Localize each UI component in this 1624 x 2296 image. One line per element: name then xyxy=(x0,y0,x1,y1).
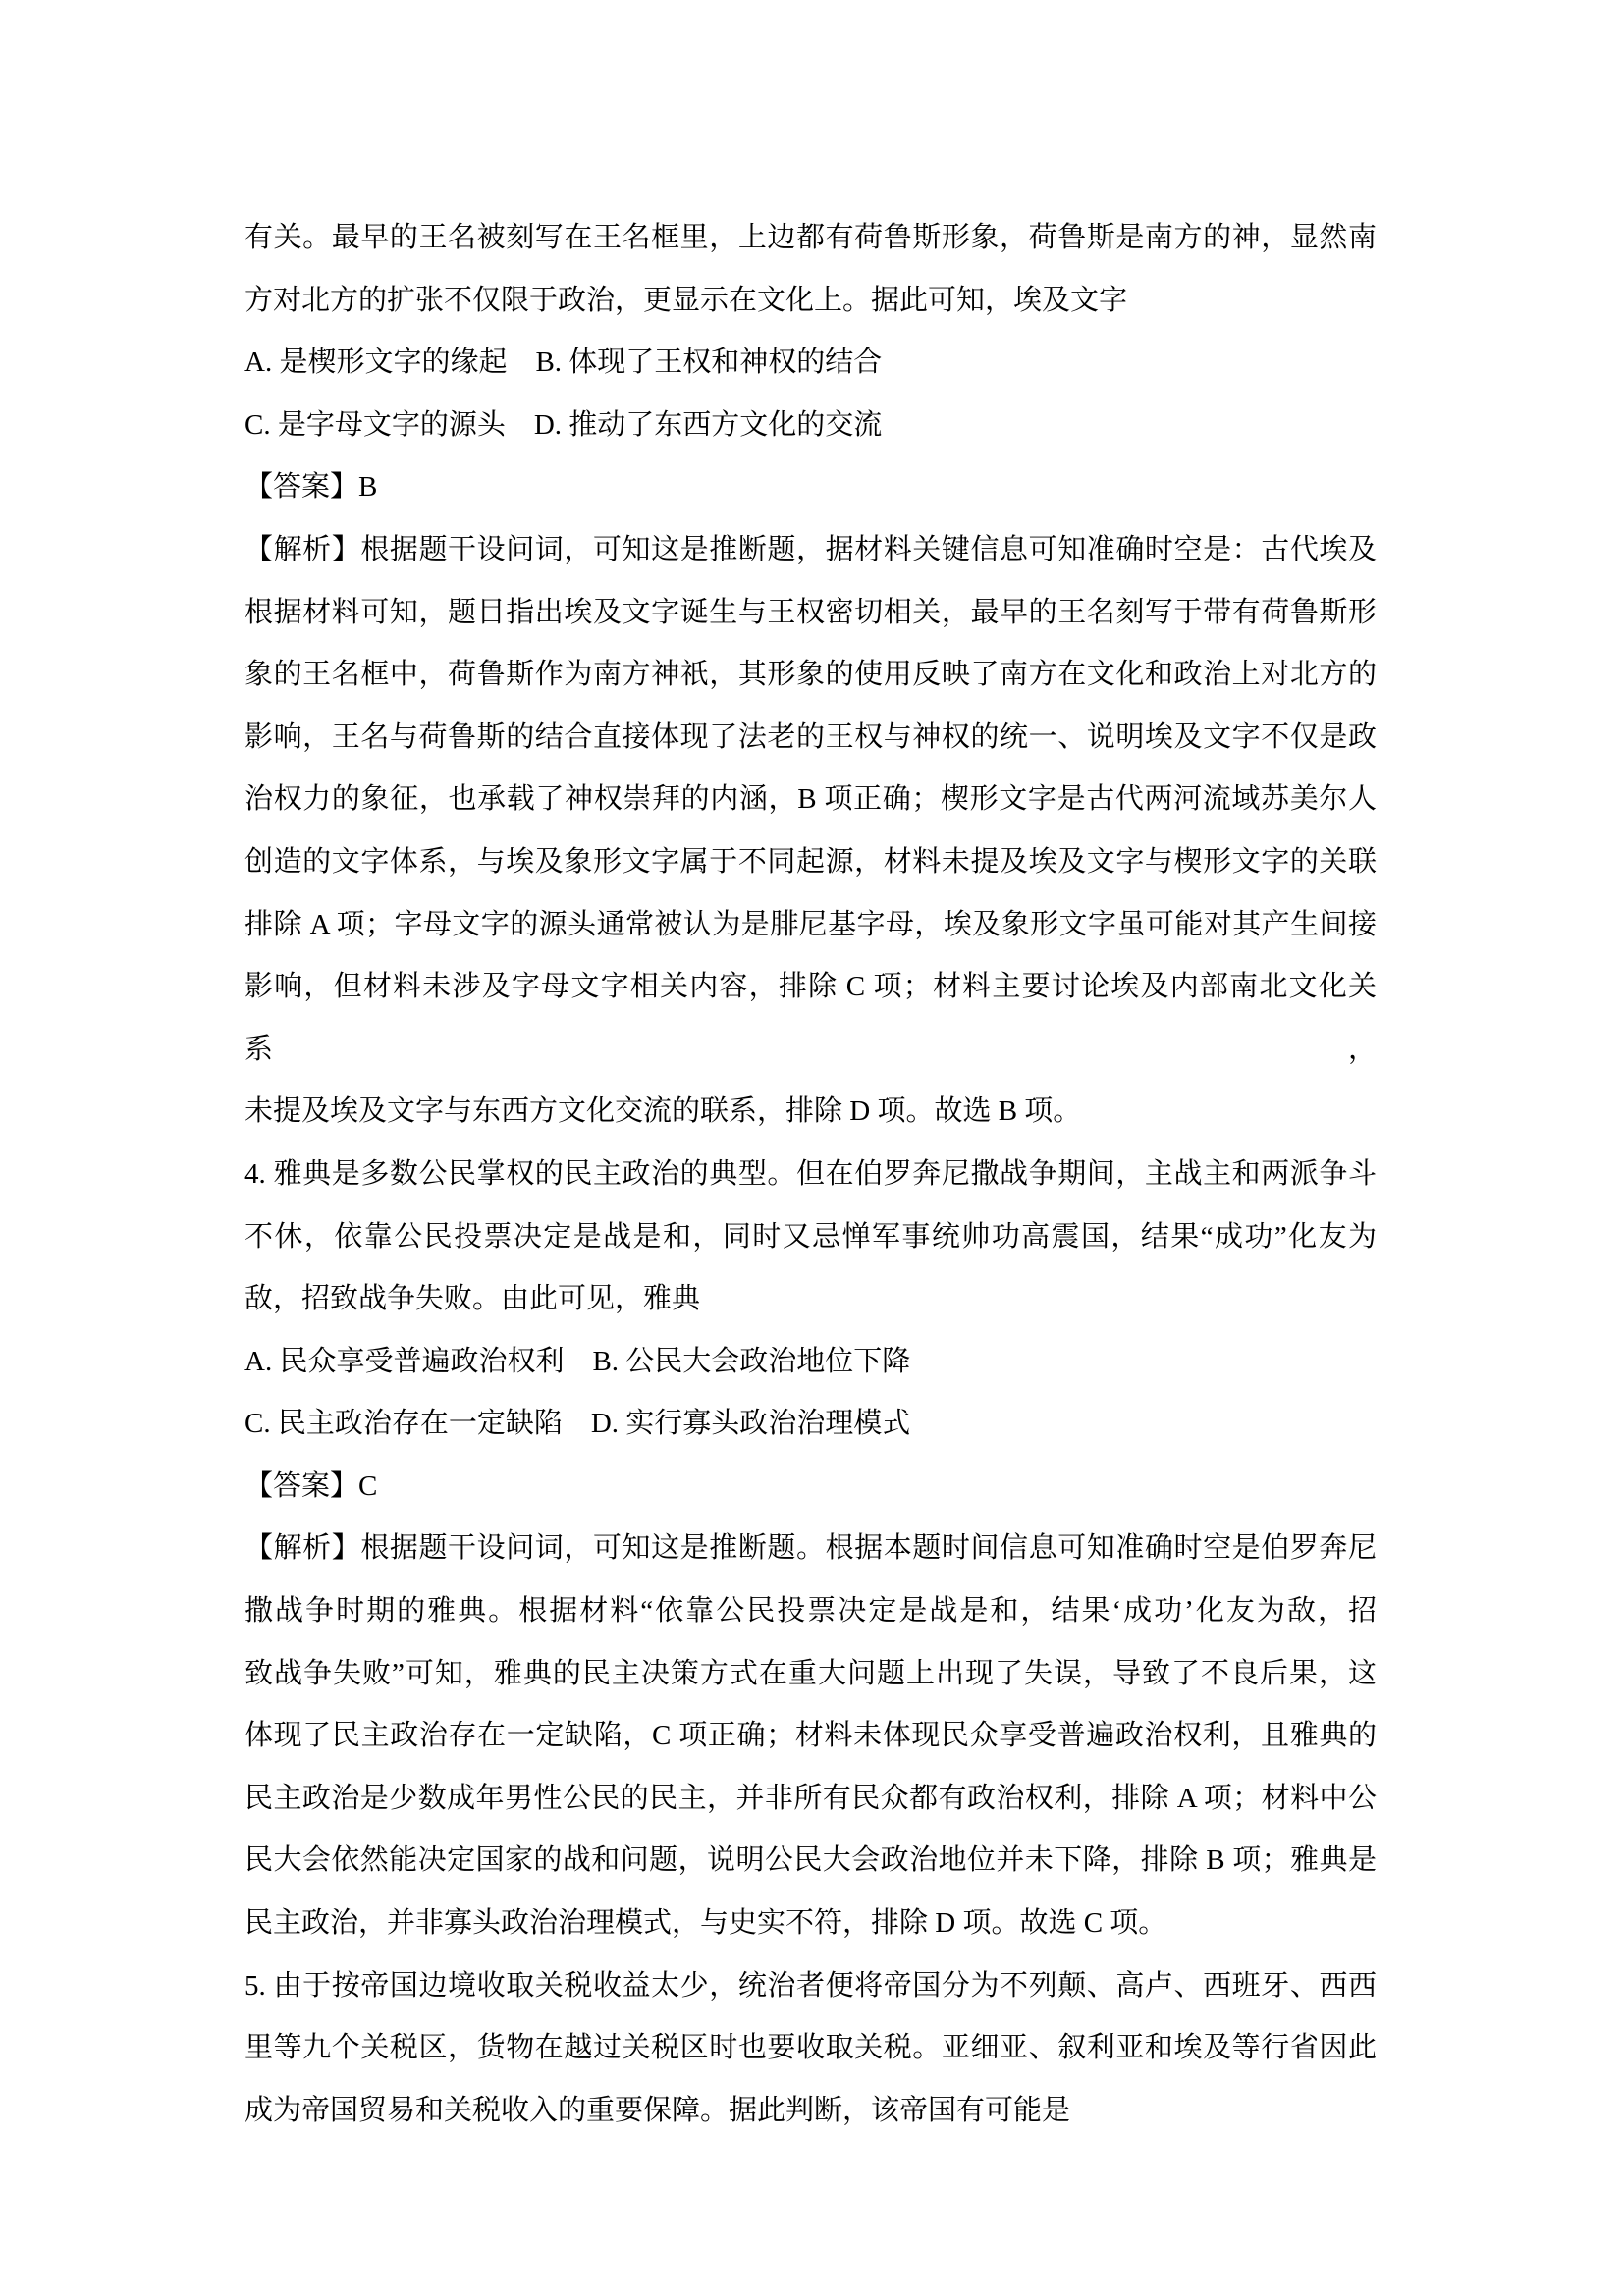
q4-analysis-line: 致战争失败”可知，雅典的民主决策方式在重大问题上出现了失误，导致了不良后果，这 xyxy=(244,1643,1377,1706)
q3-analysis-line: 根据材料可知，题目指出埃及文字诞生与王权密切相关，最早的王名刻写于带有荷鲁斯形 xyxy=(244,582,1377,645)
q4-stem-line: 敌，招致战争失败。由此可见，雅典 xyxy=(244,1268,1377,1331)
q3-analysis-line: 影响，王名与荷鲁斯的结合直接体现了法老的王权与神权的统一、说明埃及文字不仅是政 xyxy=(244,707,1377,770)
document-text-block: 有关。最早的王名被刻写在王名框里，上边都有荷鲁斯形象，荷鲁斯是南方的神，显然南 … xyxy=(244,207,1377,2142)
q3-options-line-ab: A. 是楔形文字的缘起 B. 体现了王权和神权的结合 xyxy=(244,332,1377,395)
q4-analysis-line: 民大会依然能决定国家的战和问题，说明公民大会政治地位并未下降，排除 B 项；雅典… xyxy=(244,1830,1377,1893)
q3-analysis-line: 【解析】根据题干设问词，可知这是推断题，据材料关键信息可知准确时空是：古代埃及 xyxy=(244,519,1377,582)
q3-stem-block: 有关。最早的王名被刻写在王名框里，上边都有荷鲁斯形象，荷鲁斯是南方的神，显然南 … xyxy=(244,207,1377,332)
q4-stem-line: 4. 雅典是多数公民掌权的民主政治的典型。但在伯罗奔尼撒战争期间，主战主和两派争… xyxy=(244,1144,1377,1206)
q3-analysis-block: 【解析】根据题干设问词，可知这是推断题，据材料关键信息可知准确时空是：古代埃及 … xyxy=(244,519,1377,1144)
q4-analysis-line: 体现了民主政治存在一定缺陷，C 项正确；材料未体现民众享受普遍政治权利，且雅典的 xyxy=(244,1705,1377,1768)
q4-analysis-line: 【解析】根据题干设问词，可知这是推断题。根据本题时间信息可知准确时空是伯罗奔尼 xyxy=(244,1518,1377,1580)
q5-stem-line: 成为帝国贸易和关税收入的重要保障。据此判断，该帝国有可能是 xyxy=(244,2080,1377,2143)
q3-analysis-line: 象的王名框中，荷鲁斯作为南方神祇，其形象的使用反映了南方在文化和政治上对北方的 xyxy=(244,644,1377,707)
q4-answer-line: 【答案】C xyxy=(244,1456,1377,1519)
exam-document-page: 有关。最早的王名被刻写在王名框里，上边都有荷鲁斯形象，荷鲁斯是南方的神，显然南 … xyxy=(0,0,1624,2296)
q3-analysis-line: 未提及埃及文字与东西方文化交流的联系，排除 D 项。故选 B 项。 xyxy=(244,1081,1377,1144)
q4-stem-block: 4. 雅典是多数公民掌权的民主政治的典型。但在伯罗奔尼撒战争期间，主战主和两派争… xyxy=(244,1144,1377,1331)
q3-options-line-cd: C. 是字母文字的源头 D. 推动了东西方文化的交流 xyxy=(244,395,1377,457)
q4-options-block: A. 民众享受普遍政治权利 B. 公民大会政治地位下降 C. 民主政治存在一定缺… xyxy=(244,1331,1377,1456)
q4-analysis-line: 民主政治是少数成年男性公民的民主，并非所有民众都有政治权利，排除 A 项；材料中… xyxy=(244,1768,1377,1831)
q5-stem-line: 里等九个关税区，货物在越过关税区时也要收取关税。亚细亚、叙利亚和埃及等行省因此 xyxy=(244,2017,1377,2080)
q3-analysis-line: 治权力的象征，也承载了神权崇拜的内涵，B 项正确；楔形文字是古代两河流域苏美尔人 xyxy=(244,769,1377,831)
q4-analysis-line: 撒战争时期的雅典。根据材料“依靠公民投票决定是战是和，结果‘成功’化友为敌，招 xyxy=(244,1580,1377,1643)
q3-stem-line: 方对北方的扩张不仅限于政治，更显示在文化上。据此可知，埃及文字 xyxy=(244,270,1377,333)
q3-stem-line: 有关。最早的王名被刻写在王名框里，上边都有荷鲁斯形象，荷鲁斯是南方的神，显然南 xyxy=(244,207,1377,270)
q4-analysis-block: 【解析】根据题干设问词，可知这是推断题。根据本题时间信息可知准确时空是伯罗奔尼 … xyxy=(244,1518,1377,1954)
q3-analysis-line: 创造的文字体系，与埃及象形文字属于不同起源，材料未提及埃及文字与楔形文字的关联 xyxy=(244,831,1377,894)
q3-analysis-line: 排除 A 项；字母文字的源头通常被认为是腓尼基字母，埃及象形文字虽可能对其产生间… xyxy=(244,894,1377,957)
q4-stem-line: 不休，依靠公民投票决定是战是和，同时又忌惮军事统帅功高震国，结果“成功”化友为 xyxy=(244,1206,1377,1269)
q4-analysis-line: 民主政治，并非寡头政治治理模式，与史实不符，排除 D 项。故选 C 项。 xyxy=(244,1893,1377,1955)
q4-options-line-cd: C. 民主政治存在一定缺陷 D. 实行寡头政治治理模式 xyxy=(244,1393,1377,1456)
q4-options-line-ab: A. 民众享受普遍政治权利 B. 公民大会政治地位下降 xyxy=(244,1331,1377,1394)
q5-stem-block: 5. 由于按帝国边境收取关税收益太少，统治者便将帝国分为不列颠、高卢、西班牙、西… xyxy=(244,1955,1377,2143)
q3-options-block: A. 是楔形文字的缘起 B. 体现了王权和神权的结合 C. 是字母文字的源头 D… xyxy=(244,332,1377,456)
q3-analysis-line: 影响，但材料未涉及字母文字相关内容，排除 C 项；材料主要讨论埃及内部南北文化关… xyxy=(244,956,1377,1081)
q5-stem-line: 5. 由于按帝国边境收取关税收益太少，统治者便将帝国分为不列颠、高卢、西班牙、西… xyxy=(244,1955,1377,2018)
q3-answer-line: 【答案】B xyxy=(244,456,1377,519)
